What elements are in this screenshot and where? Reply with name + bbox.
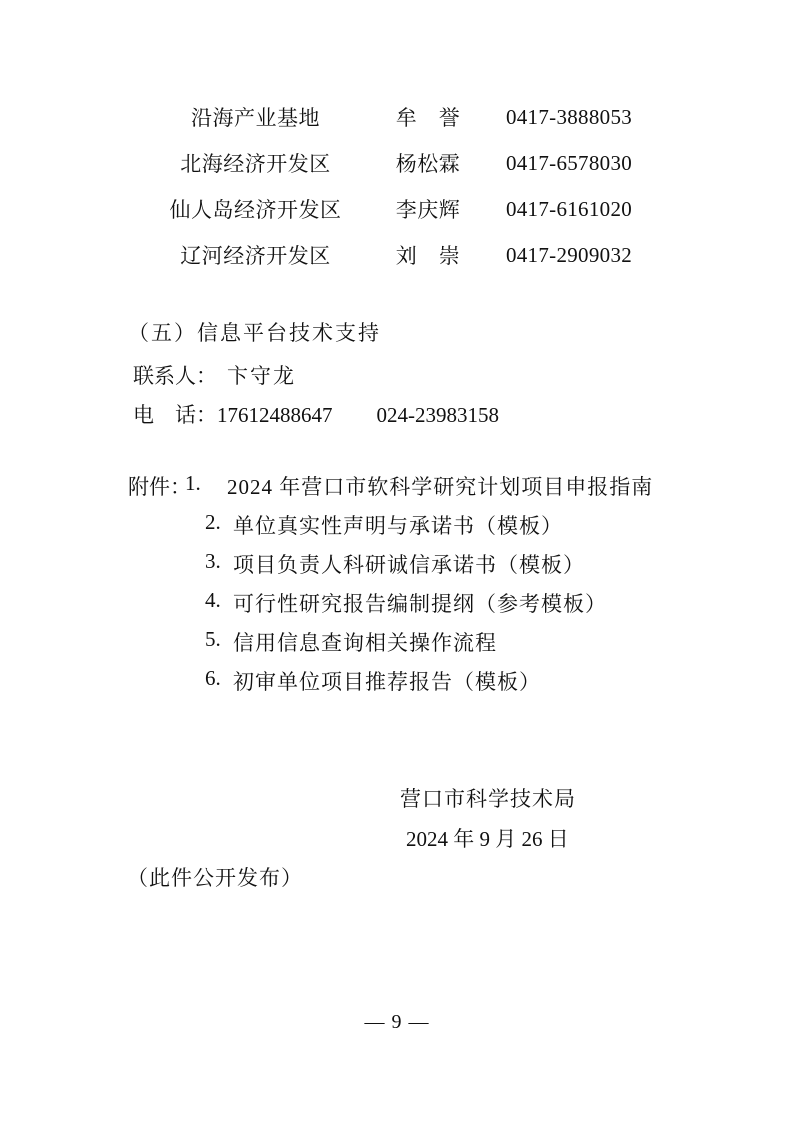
attachment-item: 5. 信用信息查询相关操作流程 bbox=[205, 627, 497, 657]
name-cell: 李庆辉 bbox=[378, 194, 478, 224]
attachment-text: 单位真实性声明与承诺书（模板） bbox=[233, 510, 563, 540]
table-row: 仙人岛经济开发区 李庆辉 0417-6161020 bbox=[133, 186, 660, 232]
attachment-text: 2024 年营口市软科学研究计划项目申报指南 bbox=[227, 471, 653, 501]
unit-cell: 沿海产业基地 bbox=[133, 102, 378, 132]
contact-person-line: 联系人：卞守龙 bbox=[133, 360, 296, 390]
section-heading: （五）信息平台技术支持 bbox=[128, 317, 381, 347]
issue-date: 2024 年 9 月 26 日 bbox=[406, 823, 569, 853]
attachment-text: 初审单位项目推荐报告（模板） bbox=[233, 666, 541, 696]
phone-cell: 0417-2909032 bbox=[478, 243, 660, 268]
contact-table: 沿海产业基地 牟 誉 0417-3888053 北海经济开发区 杨松霖 0417… bbox=[133, 94, 660, 278]
attachment-number: 2. bbox=[205, 510, 233, 540]
unit-cell: 仙人岛经济开发区 bbox=[133, 194, 378, 224]
attachment-item: 附件： 1. 2024 年营口市软科学研究计划项目申报指南 bbox=[128, 471, 653, 501]
phone-number-landline: 024-23983158 bbox=[377, 403, 500, 427]
phone-number-mobile: 17612488647 bbox=[217, 403, 333, 427]
attachment-text: 项目负责人科研诚信承诺书（模板） bbox=[233, 549, 585, 579]
attachment-item: 4. 可行性研究报告编制提纲（参考模板） bbox=[205, 588, 607, 618]
attachment-number: 1. bbox=[185, 471, 227, 501]
attachment-item: 6. 初审单位项目推荐报告（模板） bbox=[205, 666, 541, 696]
phone-cell: 0417-6578030 bbox=[478, 151, 660, 176]
attachment-text: 可行性研究报告编制提纲（参考模板） bbox=[233, 588, 607, 618]
name-cell: 杨松霖 bbox=[378, 148, 478, 178]
page-number: — 9 — bbox=[0, 1011, 794, 1034]
unit-cell: 北海经济开发区 bbox=[133, 148, 378, 178]
attachment-item: 3. 项目负责人科研诚信承诺书（模板） bbox=[205, 549, 585, 579]
table-row: 辽河经济开发区 刘 崇 0417-2909032 bbox=[133, 232, 660, 278]
attachment-item: 2. 单位真实性声明与承诺书（模板） bbox=[205, 510, 563, 540]
phone-cell: 0417-6161020 bbox=[478, 197, 660, 222]
attachment-number: 4. bbox=[205, 588, 233, 618]
contact-person-label: 联系人： bbox=[133, 364, 217, 388]
phone-line: 电 话：17612488647024-23983158 bbox=[133, 399, 499, 429]
table-row: 北海经济开发区 杨松霖 0417-6578030 bbox=[133, 140, 660, 186]
name-cell: 牟 誉 bbox=[378, 102, 478, 132]
attachment-text: 信用信息查询相关操作流程 bbox=[233, 627, 497, 657]
attachment-number: 5. bbox=[205, 627, 233, 657]
phone-label: 电 话： bbox=[133, 403, 217, 427]
name-cell: 刘 崇 bbox=[378, 240, 478, 270]
attachments-label: 附件： bbox=[128, 471, 185, 501]
attachment-number: 3. bbox=[205, 549, 233, 579]
document-page: 沿海产业基地 牟 誉 0417-3888053 北海经济开发区 杨松霖 0417… bbox=[0, 0, 794, 1123]
attachments-list: 附件： 1. 2024 年营口市软科学研究计划项目申报指南 2. 单位真实性声明… bbox=[0, 471, 794, 711]
public-release-note: （此件公开发布） bbox=[127, 862, 303, 892]
contact-person-name: 卞守龙 bbox=[227, 364, 296, 388]
unit-cell: 辽河经济开发区 bbox=[133, 240, 378, 270]
phone-cell: 0417-3888053 bbox=[478, 105, 660, 130]
issuer-name: 营口市科学技术局 bbox=[400, 783, 576, 813]
attachment-number: 6. bbox=[205, 666, 233, 696]
table-row: 沿海产业基地 牟 誉 0417-3888053 bbox=[133, 94, 660, 140]
